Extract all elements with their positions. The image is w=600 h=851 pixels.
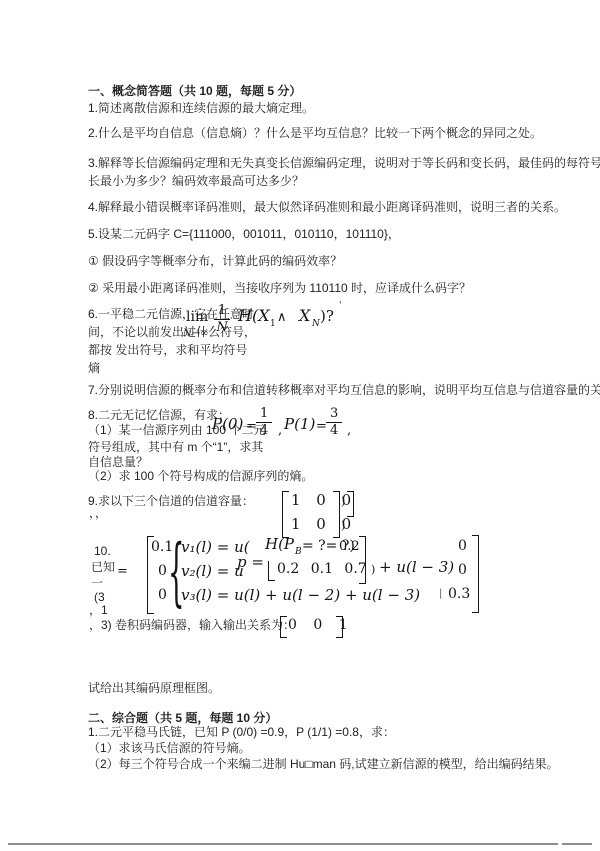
- question-8-line3: 符号组成，其中有 m 个“1”，求其: [88, 440, 263, 454]
- formula6-x1-subscript: 1: [270, 320, 276, 329]
- formula8-p1: P(1): [284, 417, 315, 432]
- outer-rcol-value1: 0: [458, 539, 467, 553]
- fraction-denominator: 4: [326, 423, 342, 438]
- h-expression-subscript: B: [295, 548, 302, 557]
- question-6-line3: 都按 发出符号，求和平均符号: [88, 343, 247, 357]
- formula8-p0: P(0): [212, 417, 243, 432]
- formula6-fraction: 1 N: [214, 304, 230, 334]
- question-2: 2.什么是平均自信息（信息熵）？什么是平均互信息？比较一下两个概念的异同之处。: [88, 126, 542, 140]
- matrix1-paren-artifact1: ): [341, 496, 345, 507]
- question-9-marks: ，，: [89, 506, 107, 520]
- equation-v2: v₂(l) = u: [181, 564, 244, 579]
- document-page: 一、概念简答题（共 10 题，每题 5 分） 1.简述离散信源和连续信源的最大熵…: [0, 0, 600, 851]
- formula8-fraction1: 1 4: [256, 407, 272, 437]
- formula8-fraction2: 3 4: [326, 407, 342, 437]
- question-5-item2: ② 采用最小距离译码准则，当接收序列为 110110 时，应译成什么码字？: [88, 281, 471, 295]
- question-6-line2: 间，不论以前发出过什么符号，: [88, 325, 256, 339]
- question-10-dash: 一: [91, 576, 103, 590]
- composite-question-1: 1.二元平稳马氏链，已知 P (0/0) =0.9，P (1/1) =0.8，求…: [88, 725, 395, 739]
- question-7: 7.分别说明信源的概率分布和信道转移概率对平均互信息的影响，说明平均互信息与信道…: [88, 383, 600, 397]
- question-3-line2: 长最小为多少？编码效率最高可达多少？: [88, 174, 304, 188]
- formula6-wedge: ∧: [277, 311, 287, 324]
- question-10-number: 10.: [94, 544, 111, 558]
- formula6-lim: lim: [186, 310, 208, 324]
- question-10-encoder-label: ，3) 卷积码编码器，输入输出关系为：: [89, 618, 295, 632]
- fraction-numerator: 1: [256, 407, 272, 423]
- fraction-numerator: 3: [326, 407, 342, 423]
- outer-rcol-value2: 0: [458, 563, 467, 577]
- matrix1-left-bracket: [282, 491, 289, 538]
- question-10-known: 已知: [91, 560, 115, 574]
- question-10-param2: ，1: [89, 603, 108, 617]
- u-shift-term: + u(l − 3): [379, 560, 454, 575]
- inner-matrix-topvalue: 0.2: [339, 540, 360, 553]
- formula6-xn: X: [299, 308, 310, 324]
- question-4: 4.解释最小错误概率译码准则，最大似然译码准则和最小距离译码准则，说明三者的关系…: [88, 200, 566, 214]
- formula8-comma1: ,: [278, 424, 282, 437]
- outer-rcol-value3: 0.3: [448, 587, 470, 601]
- h-expression: H(P: [265, 537, 294, 552]
- section1-heading: 一、概念简答题（共 10 题，每题 5 分）: [88, 84, 301, 98]
- composite-question-1-item1: （1）求该马氏信源的符号熵。: [88, 741, 251, 755]
- question-8-line4: 自信息量？: [88, 455, 148, 469]
- inner-matrix-left-bracket: [268, 561, 275, 581]
- outer-matrix-right-bracket: [472, 535, 479, 613]
- formula6-tick-open: ': [176, 309, 178, 318]
- p-equals: p =: [237, 555, 264, 570]
- question-1: 1.简述离散信源和连续信源的最大熵定理。: [88, 101, 314, 115]
- formula6-lim-subscript: N→∞: [183, 329, 208, 339]
- outer-col-value2: 0: [158, 564, 167, 578]
- question-6-line4: 熵: [88, 361, 100, 375]
- formula6-entropy: H(X: [238, 308, 270, 324]
- question-10-tail: 试给出其编码原理框图。: [88, 681, 220, 695]
- inner-matrix-row: 0.2 0.1 0.7: [277, 562, 367, 576]
- page-separator-line-end: [562, 843, 592, 845]
- outer-col-value3: 0: [158, 588, 167, 602]
- formula6-close: )?: [320, 309, 334, 324]
- question-8-line1: 8.二元无记忆信源，有求：: [88, 408, 230, 422]
- question-10-param1: (3: [94, 590, 105, 604]
- fraction-denominator: 4: [256, 423, 272, 438]
- question-5-item1: ① 假设码字等概率分布，计算此码的编码效率？: [88, 254, 342, 268]
- formula6-xn-subscript: N: [312, 320, 320, 329]
- question-8-line5: （2）求 100 个符号构成的信源序列的熵。: [88, 469, 313, 483]
- formula6-tick-close: ': [339, 302, 341, 311]
- question-3-line1: 3.解释等长信源编码定理和无失真变长信源编码定理，说明对于等长码和变长码，最佳码…: [88, 156, 600, 170]
- fraction-numerator: 1: [214, 304, 230, 320]
- known-equals: =: [117, 565, 128, 578]
- question-9: 9.求以下三个信道的信道容量：: [88, 494, 254, 508]
- matrix1-extra-bracket: [347, 491, 354, 517]
- question-5: 5.设某二元码字 C={111000，001011，010110，101110}…: [88, 227, 400, 241]
- matrix1-paren-artifact2: ): [341, 520, 345, 531]
- fraction-denominator: N: [214, 320, 230, 335]
- paren-artifact3: ): [371, 564, 375, 575]
- formula8-comma2: ,: [347, 424, 351, 437]
- composite-question-1-item2: （2）每三个符号合成一个来编二进制 Hu□man 码,试建立新信源的模型，给出编…: [88, 757, 559, 771]
- page-separator-line: [8, 843, 558, 845]
- matrix1-right-bracket: [333, 491, 340, 538]
- tick-artifact: |: [439, 589, 442, 599]
- section2-heading: 二、综合题（共 5 题，每题 10 分）: [88, 711, 277, 725]
- matrix3-left-bracket: [280, 616, 287, 638]
- matrix3-right-bracket: [336, 616, 343, 638]
- equation-v3: v₃(l) = u(l) + u(l − 2) + u(l − 3): [181, 588, 420, 603]
